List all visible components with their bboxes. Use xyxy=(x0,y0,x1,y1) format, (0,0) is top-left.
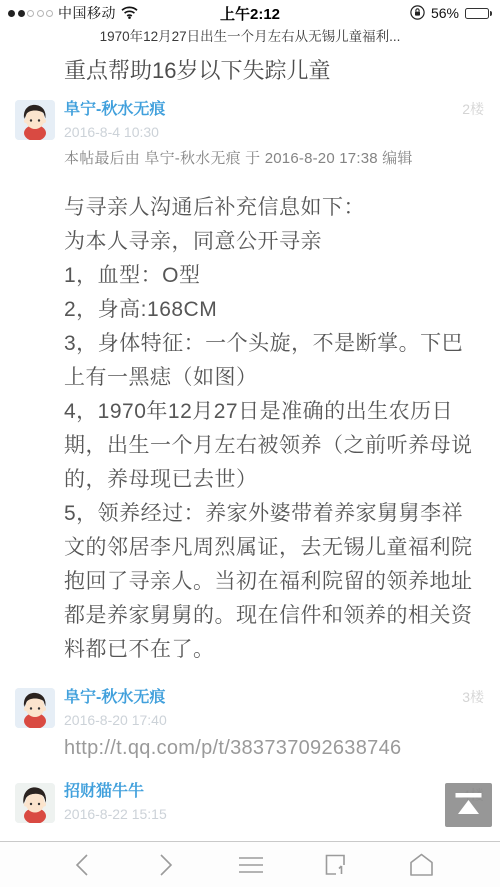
signal-dot xyxy=(27,10,34,17)
status-bar: 中国移动 上午2:12 56% xyxy=(0,0,500,26)
post-floor-4: 招财猫牛牛 2016-8-22 15:15 4楼 xyxy=(0,782,500,822)
post-paragraph: 5，领养经过：养家外婆带着养家舅舅李祥文的邻居李凡周烈属证，去无锡儿童福利院抱回… xyxy=(64,497,484,667)
forward-button[interactable] xyxy=(149,848,183,882)
floor-badge: 2楼 xyxy=(462,99,484,119)
post-paragraph: 2，身高:168CM xyxy=(64,293,484,327)
tabs-button[interactable] xyxy=(319,848,353,882)
post-body: 与寻亲人沟通后补充信息如下： 为本人寻亲，同意公开寻亲 1，血型：O型 2，身高… xyxy=(64,191,484,667)
home-button[interactable] xyxy=(404,848,438,882)
avatar[interactable] xyxy=(15,100,55,140)
post-link-text[interactable]: http://t.qq.com/p/t/383737092638746 xyxy=(64,737,484,760)
post-author[interactable]: 阜宁-秋水无痕 xyxy=(64,100,165,120)
post-paragraph: 4，1970年12月27日是准确的出生农历日期，出生一个月左右被领养（之前听养母… xyxy=(64,395,484,497)
post-timestamp: 2016-8-22 15:15 xyxy=(64,806,484,822)
post-author[interactable]: 招财猫牛牛 xyxy=(64,782,144,802)
post-author[interactable]: 阜宁-秋水无痕 xyxy=(64,688,165,708)
signal-dot xyxy=(46,10,53,17)
browser-toolbar xyxy=(0,841,500,887)
tabs-icon xyxy=(324,853,348,877)
signal-dot xyxy=(18,10,25,17)
battery-icon xyxy=(465,8,492,19)
post-intro-text: 重点帮助16岁以下失踪儿童 xyxy=(64,55,486,87)
post-paragraph: 3，身体特征：一个头旋，不是断掌。下巴上有一黑痣（如图） xyxy=(64,327,484,395)
phone-screen: 中国移动 上午2:12 56% xyxy=(0,0,500,887)
menu-icon xyxy=(238,855,264,875)
status-right: 56% xyxy=(410,4,492,23)
edit-note: 本帖最后由 阜宁-秋水无痕 于 2016-8-20 17:38 编辑 xyxy=(64,147,484,168)
post-timestamp: 2016-8-4 10:30 xyxy=(64,124,484,140)
back-icon xyxy=(74,853,89,877)
back-button[interactable] xyxy=(64,848,98,882)
wifi-icon xyxy=(121,6,138,22)
thread-content: 重点帮助16岁以下失踪儿童 阜宁-秋水无痕 2楼 xyxy=(0,50,500,841)
post-timestamp: 2016-8-20 17:40 xyxy=(64,712,484,728)
scroll-to-top-icon xyxy=(455,793,482,818)
orientation-lock-icon xyxy=(410,5,425,23)
floor-badge: 3楼 xyxy=(462,687,484,707)
post-floor-3: 阜宁-秋水无痕 3楼 2016-8-20 17:40 http://t.qq.c… xyxy=(0,687,500,760)
home-icon xyxy=(409,853,434,876)
signal-dot xyxy=(37,10,44,17)
avatar[interactable] xyxy=(15,783,55,823)
post-paragraph: 1，血型：O型 xyxy=(64,259,484,293)
avatar[interactable] xyxy=(15,688,55,728)
status-left: 中国移动 xyxy=(8,3,178,23)
post-paragraph: 为本人寻亲，同意公开寻亲 xyxy=(64,225,484,259)
menu-button[interactable] xyxy=(234,848,268,882)
signal-strength-icon xyxy=(8,10,53,17)
carrier-label: 中国移动 xyxy=(58,3,116,23)
battery-percent: 56% xyxy=(431,5,459,21)
post-paragraph: 与寻亲人沟通后补充信息如下： xyxy=(64,191,484,225)
forward-icon xyxy=(159,853,174,877)
post-floor-2: 阜宁-秋水无痕 2楼 2016-8-4 10:30 本帖最后由 阜宁-秋水无痕 … xyxy=(0,99,500,667)
page-title: 1970年12月27日出生一个月左右从无锡儿童福利... xyxy=(0,26,500,50)
signal-dot xyxy=(8,10,15,17)
scroll-to-top-button[interactable] xyxy=(445,783,492,827)
